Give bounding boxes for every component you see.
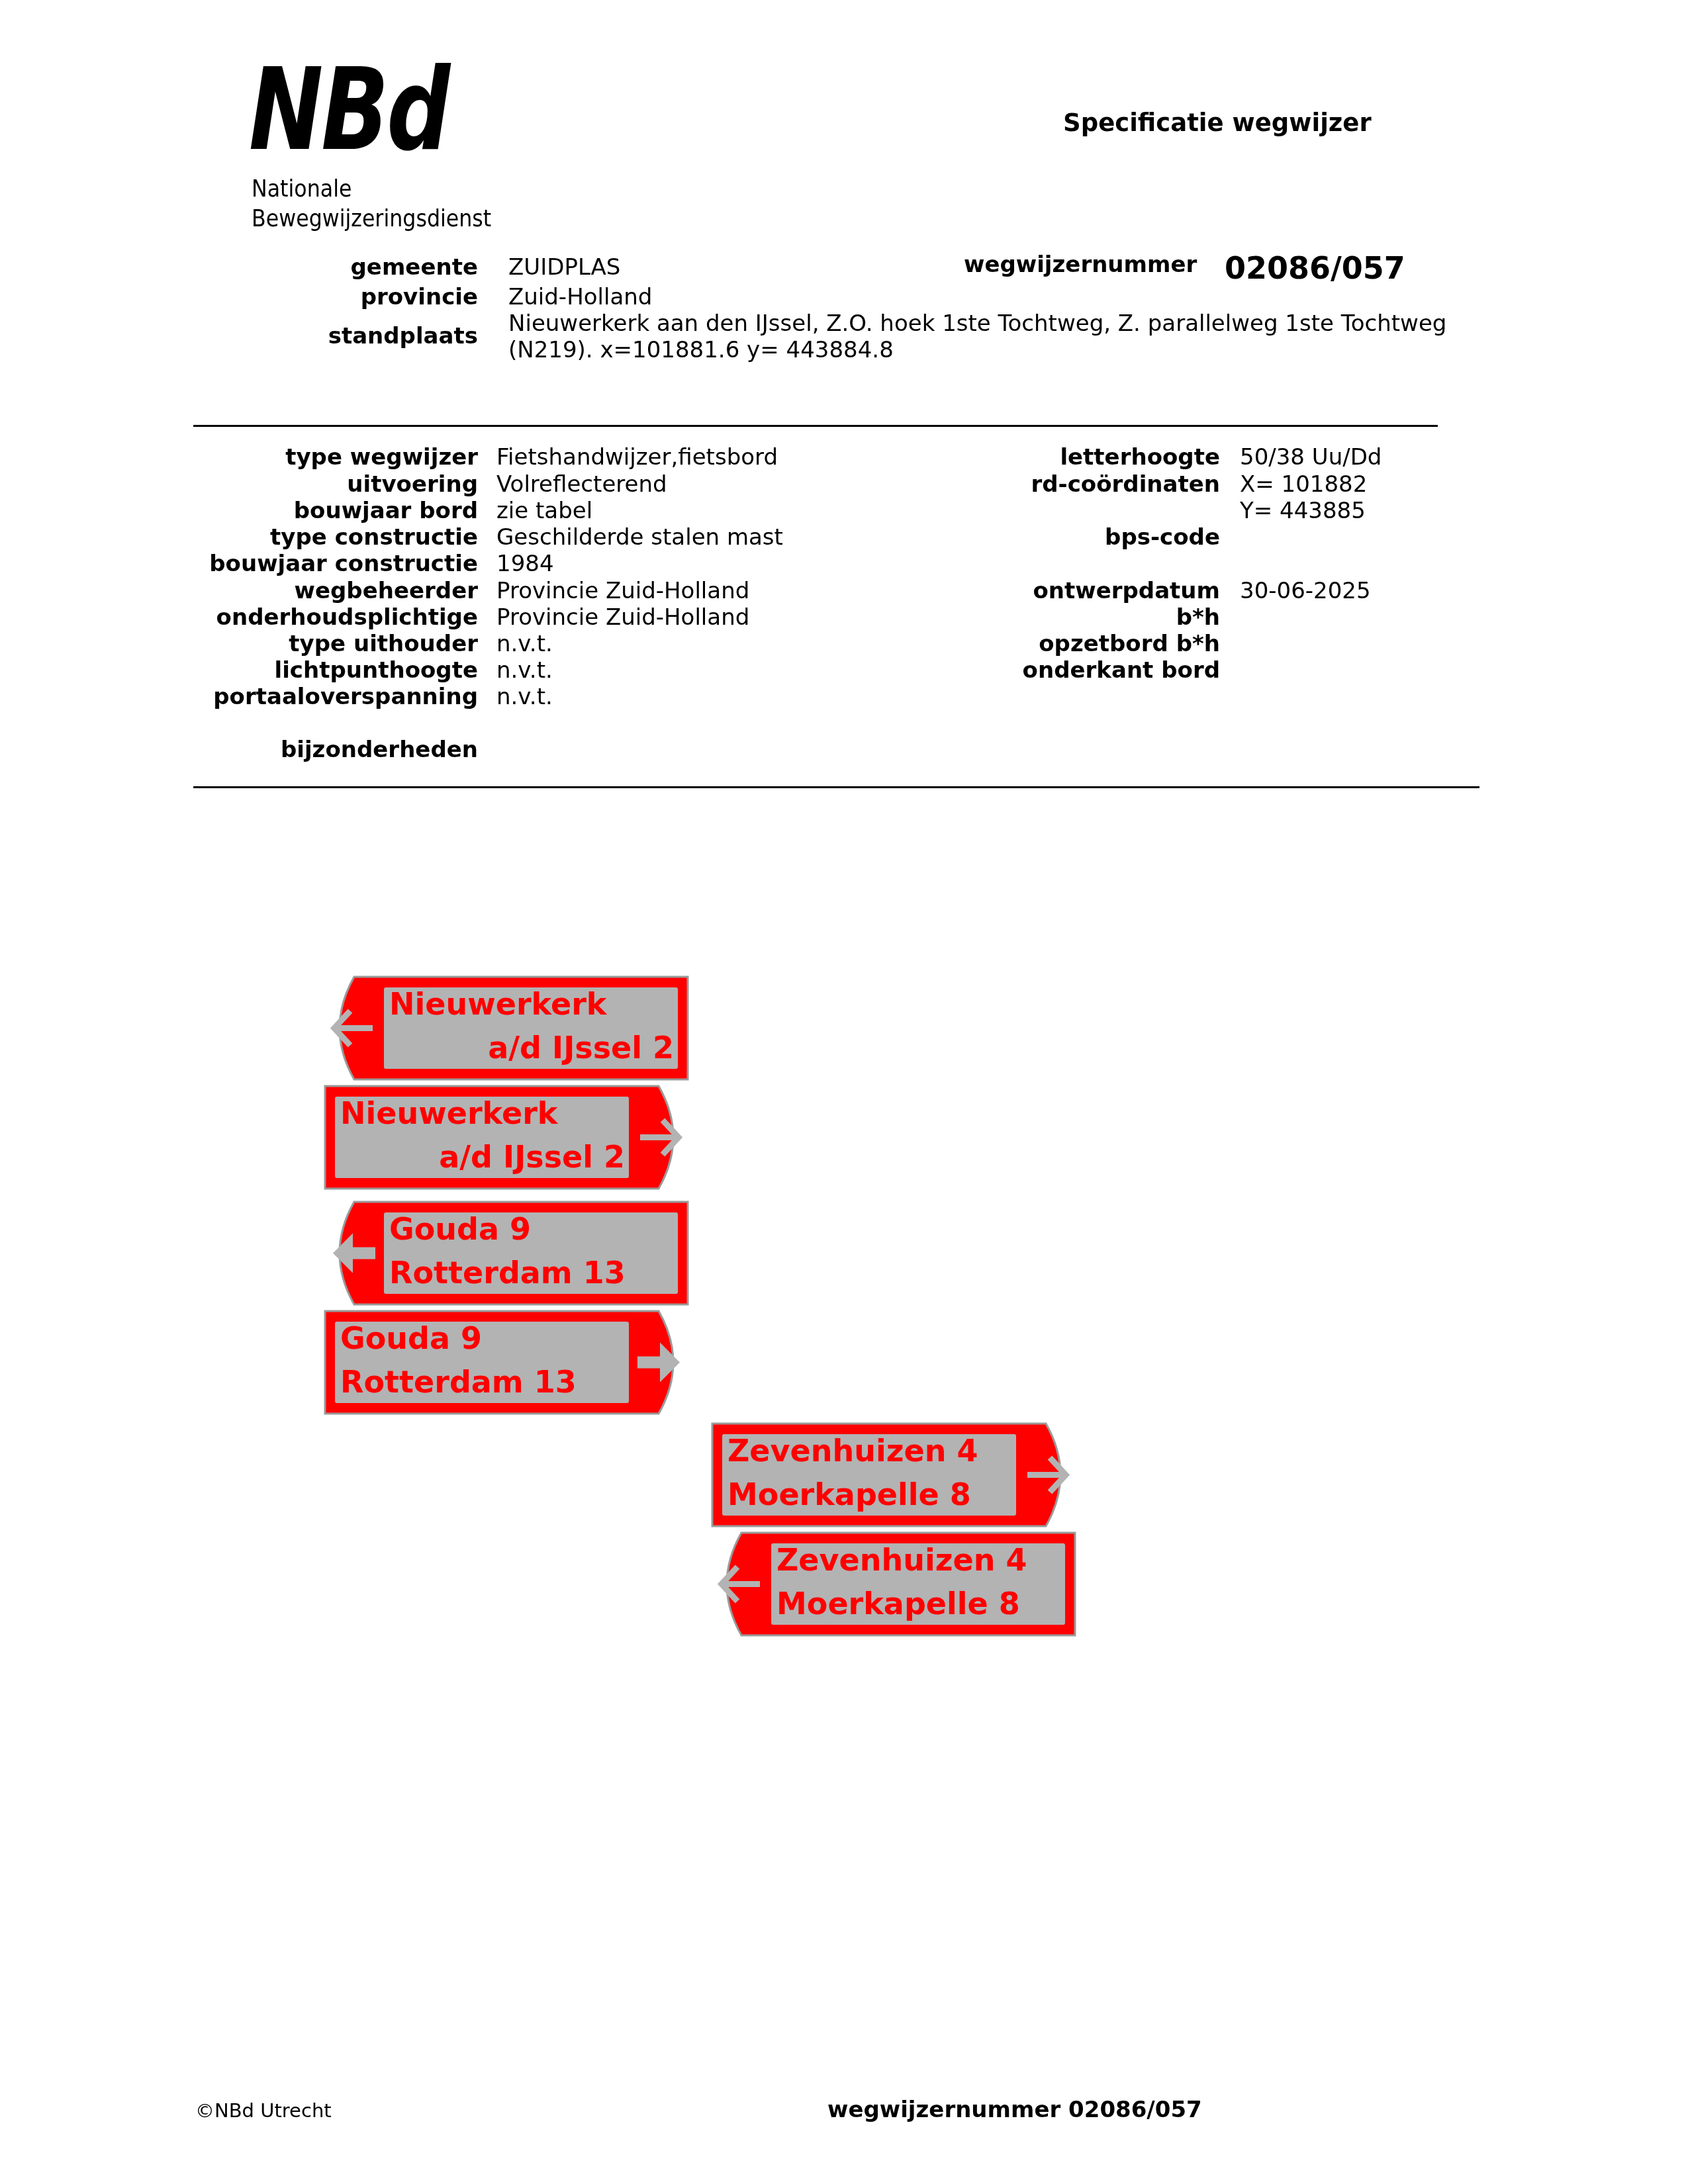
sign-destination-text: Gouda 9 — [389, 1211, 531, 1247]
spec-label: ontwerpdatum — [960, 580, 1220, 602]
spec-value: Provincie Zuid-Holland — [496, 580, 749, 602]
direction-sign: Zevenhuizen 4Moerkapelle 8 — [712, 1532, 1076, 1636]
spec-label: onderhoudsplichtige — [165, 606, 478, 629]
wegwijzernummer-label: wegwijzernummer — [964, 253, 1197, 276]
provincie-label: provincie — [199, 286, 478, 308]
gemeente-label: gemeente — [199, 256, 478, 279]
document-title: Specificatie wegwijzer — [1063, 109, 1372, 137]
spec-label: bouwjaar constructie — [165, 553, 478, 575]
spec-label: bps-code — [960, 526, 1220, 549]
footer-copyright: ©NBd Utrecht — [195, 2099, 332, 2122]
direction-sign: Nieuwerkerka/d IJssel 2 — [324, 976, 688, 1080]
nbd-logo: NBd — [249, 53, 448, 167]
sign-destination-text: Moerkapelle 8 — [776, 1586, 1020, 1621]
logo-line-bewegwijzeringsdienst: Bewegwijzeringsdienst — [252, 207, 491, 231]
footer-wegwijzernummer: wegwijzernummer 02086/057 — [827, 2097, 1202, 2123]
spec-label: rd-coördinaten — [960, 473, 1220, 496]
direction-sign: Gouda 9Rotterdam 13 — [324, 1201, 688, 1305]
direction-sign: Zevenhuizen 4Moerkapelle 8 — [712, 1423, 1076, 1527]
provincie-value: Zuid-Holland — [508, 286, 652, 308]
spec-value: 30-06-2025 — [1240, 580, 1371, 602]
spec-value: zie tabel — [496, 500, 592, 522]
spec-label: b*h — [960, 606, 1220, 629]
spec-label: type uithouder — [165, 633, 478, 655]
spec-label: portaaloverspanning — [165, 686, 478, 708]
direction-sign: Gouda 9Rotterdam 13 — [324, 1310, 688, 1414]
sign-destination-text: Gouda 9 — [340, 1320, 482, 1356]
sign-destination-text: Rotterdam 13 — [340, 1364, 577, 1400]
spec-label: type wegwijzer — [165, 446, 478, 469]
logo-line-nationale: Nationale — [252, 177, 352, 201]
sign-destination-text: Zevenhuizen 4 — [776, 1542, 1027, 1578]
spec-value: n.v.t. — [496, 659, 553, 682]
spec-label: lichtpunthoogte — [165, 659, 478, 682]
sign-destination-text: Nieuwerkerk — [340, 1095, 559, 1131]
sign-destination-text: a/d IJssel 2 — [439, 1139, 625, 1175]
spec-label: bouwjaar bord — [165, 500, 478, 522]
spec-value: 50/38 Uu/Dd — [1240, 446, 1382, 469]
sign-destination-text: Rotterdam 13 — [389, 1255, 626, 1291]
standplaats-label: standplaats — [199, 325, 478, 347]
spec-label: letterhoogte — [960, 446, 1220, 469]
spec-value: Geschilderde stalen mast — [496, 526, 783, 549]
spec-value: 1984 — [496, 553, 554, 575]
sign-destination-text: Nieuwerkerk — [389, 986, 608, 1022]
spec-label: wegbeheerder — [165, 580, 478, 602]
spec-label: opzetbord b*h — [960, 633, 1220, 655]
standplaats-line-2: (N219). x=101881.6 y= 443884.8 — [508, 339, 894, 361]
sign-destination-text: Moerkapelle 8 — [727, 1477, 971, 1512]
standplaats-line-1: Nieuwerkerk aan den IJssel, Z.O. hoek 1s… — [508, 312, 1446, 335]
spec-value: Fietshandwijzer,fietsbord — [496, 446, 778, 469]
divider-bottom — [193, 786, 1479, 788]
gemeente-value: ZUIDPLAS — [508, 256, 620, 279]
spec-label: bijzonderheden — [165, 739, 478, 761]
spec-value: n.v.t. — [496, 686, 553, 708]
spec-value: X= 101882 — [1240, 473, 1367, 496]
sign-destination-text: a/d IJssel 2 — [488, 1030, 674, 1066]
spec-label: type constructie — [165, 526, 478, 549]
spec-value: Y= 443885 — [1240, 500, 1366, 522]
wegwijzernummer-value: 02086/057 — [1225, 250, 1405, 286]
spec-label: uitvoering — [165, 473, 478, 496]
spec-value: n.v.t. — [496, 633, 553, 655]
sign-destination-text: Zevenhuizen 4 — [727, 1433, 978, 1469]
spec-value: Volreflecterend — [496, 473, 667, 496]
spec-label: onderkant bord — [960, 659, 1220, 682]
direction-sign: Nieuwerkerka/d IJssel 2 — [324, 1085, 688, 1189]
spec-value: Provincie Zuid-Holland — [496, 606, 749, 629]
divider-top — [193, 425, 1438, 427]
